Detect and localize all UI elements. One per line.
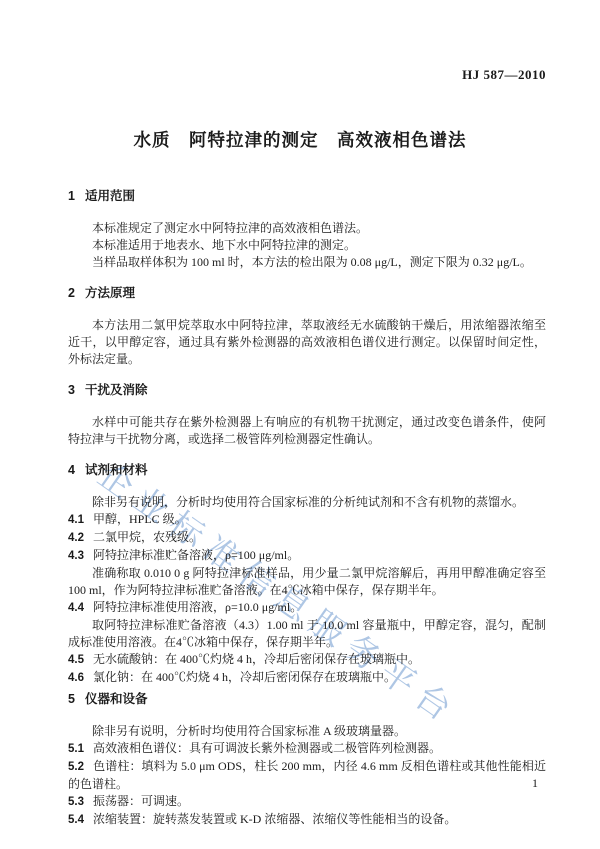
section-title: 干扰及消除 (85, 383, 148, 397)
section-heading: 2方法原理 (68, 285, 546, 302)
clause-number: 4.4 (68, 602, 84, 614)
clause-subparagraph: 取阿特拉津标准贮备溶液（4.3）1.00 ml 于 10.0 ml 容量瓶中，甲… (68, 617, 546, 651)
paragraph: 除非另有说明，分析时均使用符合国家标准的分析纯试剂和不含有机物的蒸馏水。 (68, 494, 546, 511)
section-scope: 1适用范围 本标准规定了测定水中阿特拉津的高效液相色谱法。 本标准适用于地表水、… (68, 188, 546, 271)
clause-number: 4.1 (68, 514, 84, 526)
document-title: 水质 阿特拉津的测定 高效液相色谱法 (0, 127, 600, 152)
section-number: 1 (68, 189, 75, 203)
section-interference: 3干扰及消除 水样中可能共存在紫外检测器上有响应的有机物干扰测定，通过改变色谱条… (68, 382, 546, 448)
clause-number: 5.1 (68, 743, 84, 755)
clause-text: 浓缩装置：旋转蒸发装置或 K-D 浓缩器、浓缩仪等性能相当的设备。 (93, 812, 456, 826)
clause-item: 5.3振荡器：可调速。 (68, 793, 546, 811)
section-reagents: 4试剂和材料 除非另有说明，分析时均使用符合国家标准的分析纯试剂和不含有机物的蒸… (68, 462, 546, 687)
clause-number: 5.2 (68, 761, 84, 773)
clause-text: 高效液相色谱仪：具有可调波长紫外检测器或二极管阵列检测器。 (93, 741, 441, 755)
clause-text: 阿特拉津标准贮备溶液，ρ=100 μg/ml。 (93, 548, 299, 562)
document-page: 企业标准信息服务平台 HJ 587—2010 水质 阿特拉津的测定 高效液相色谱… (0, 0, 600, 849)
clause-text: 无水硫酸钠：在 400℃灼烧 4 h，冷却后密闭保存在玻璃瓶中。 (93, 652, 420, 666)
clause-text: 阿特拉津标准使用溶液，ρ=10.0 μg/ml。 (93, 600, 302, 614)
section-title: 适用范围 (85, 189, 135, 203)
section-title: 试剂和材料 (85, 463, 148, 477)
clause-number: 4.2 (68, 532, 84, 544)
section-heading: 1适用范围 (68, 188, 546, 205)
section-number: 4 (68, 463, 75, 477)
clause-subparagraph: 准确称取 0.010 0 g 阿特拉津标准样品，用少量二氯甲烷溶解后，再用甲醇准… (68, 565, 546, 599)
section-principle: 2方法原理 本方法用二氯甲烷萃取水中阿特拉津，萃取液经无水硫酸钠干燥后，用浓缩器… (68, 285, 546, 368)
paragraph: 除非另有说明，分析时均使用符合国家标准 A 级玻璃量器。 (68, 723, 546, 740)
clause-item: 5.4浓缩装置：旋转蒸发装置或 K-D 浓缩器、浓缩仪等性能相当的设备。 (68, 811, 546, 829)
clause-text: 二氯甲烷，农残级。 (93, 530, 201, 544)
clause-item: 4.1甲醇，HPLC 级。 (68, 511, 546, 529)
section-apparatus: 5仪器和设备 除非另有说明，分析时均使用符合国家标准 A 级玻璃量器。 5.1高… (68, 691, 546, 829)
clause-number: 5.3 (68, 796, 84, 808)
clause-number: 4.5 (68, 654, 84, 666)
section-heading: 5仪器和设备 (68, 691, 546, 708)
section-heading: 4试剂和材料 (68, 462, 546, 479)
clause-item: 5.1高效液相色谱仪：具有可调波长紫外检测器或二极管阵列检测器。 (68, 740, 546, 758)
section-number: 3 (68, 383, 75, 397)
clause-text: 振荡器：可调速。 (93, 794, 189, 808)
section-title: 方法原理 (85, 286, 135, 300)
clause-item: 4.5无水硫酸钠：在 400℃灼烧 4 h，冷却后密闭保存在玻璃瓶中。 (68, 651, 546, 669)
clause-item: 4.6氯化钠：在 400℃灼烧 4 h，冷却后密闭保存在玻璃瓶中。 (68, 669, 546, 687)
section-number: 2 (68, 286, 75, 300)
clause-number: 4.6 (68, 672, 84, 684)
paragraph: 本标准规定了测定水中阿特拉津的高效液相色谱法。 (68, 220, 546, 237)
clause-item: 4.3阿特拉津标准贮备溶液，ρ=100 μg/ml。 (68, 547, 546, 565)
paragraph: 水样中可能共存在紫外检测器上有响应的有机物干扰测定，通过改变色谱条件，使阿特拉津… (68, 414, 546, 448)
clause-text: 氯化钠：在 400℃灼烧 4 h，冷却后密闭保存在玻璃瓶中。 (93, 670, 396, 684)
page-number: 1 (532, 776, 538, 791)
section-title: 仪器和设备 (85, 692, 148, 706)
section-number: 5 (68, 692, 75, 706)
clause-text: 色谱柱：填料为 5.0 μm ODS，柱长 200 mm，内径 4.6 mm 反… (68, 759, 546, 791)
clause-number: 4.3 (68, 550, 84, 562)
paragraph: 本标准适用于地表水、地下水中阿特拉津的测定。 (68, 237, 546, 254)
paragraph: 当样品取样体积为 100 ml 时，本方法的检出限为 0.08 μg/L，测定下… (68, 254, 546, 271)
paragraph: 本方法用二氯甲烷萃取水中阿特拉津，萃取液经无水硫酸钠干燥后，用浓缩器浓缩至近干，… (68, 317, 546, 368)
clause-text: 甲醇，HPLC 级。 (93, 512, 187, 526)
clause-item: 4.2二氯甲烷，农残级。 (68, 529, 546, 547)
clause-number: 5.4 (68, 814, 84, 826)
clause-item: 5.2色谱柱：填料为 5.0 μm ODS，柱长 200 mm，内径 4.6 m… (68, 758, 546, 793)
section-heading: 3干扰及消除 (68, 382, 546, 399)
standard-code: HJ 587—2010 (462, 67, 546, 83)
document-body: 1适用范围 本标准规定了测定水中阿特拉津的高效液相色谱法。 本标准适用于地表水、… (68, 188, 546, 829)
clause-item: 4.4阿特拉津标准使用溶液，ρ=10.0 μg/ml。 (68, 599, 546, 617)
